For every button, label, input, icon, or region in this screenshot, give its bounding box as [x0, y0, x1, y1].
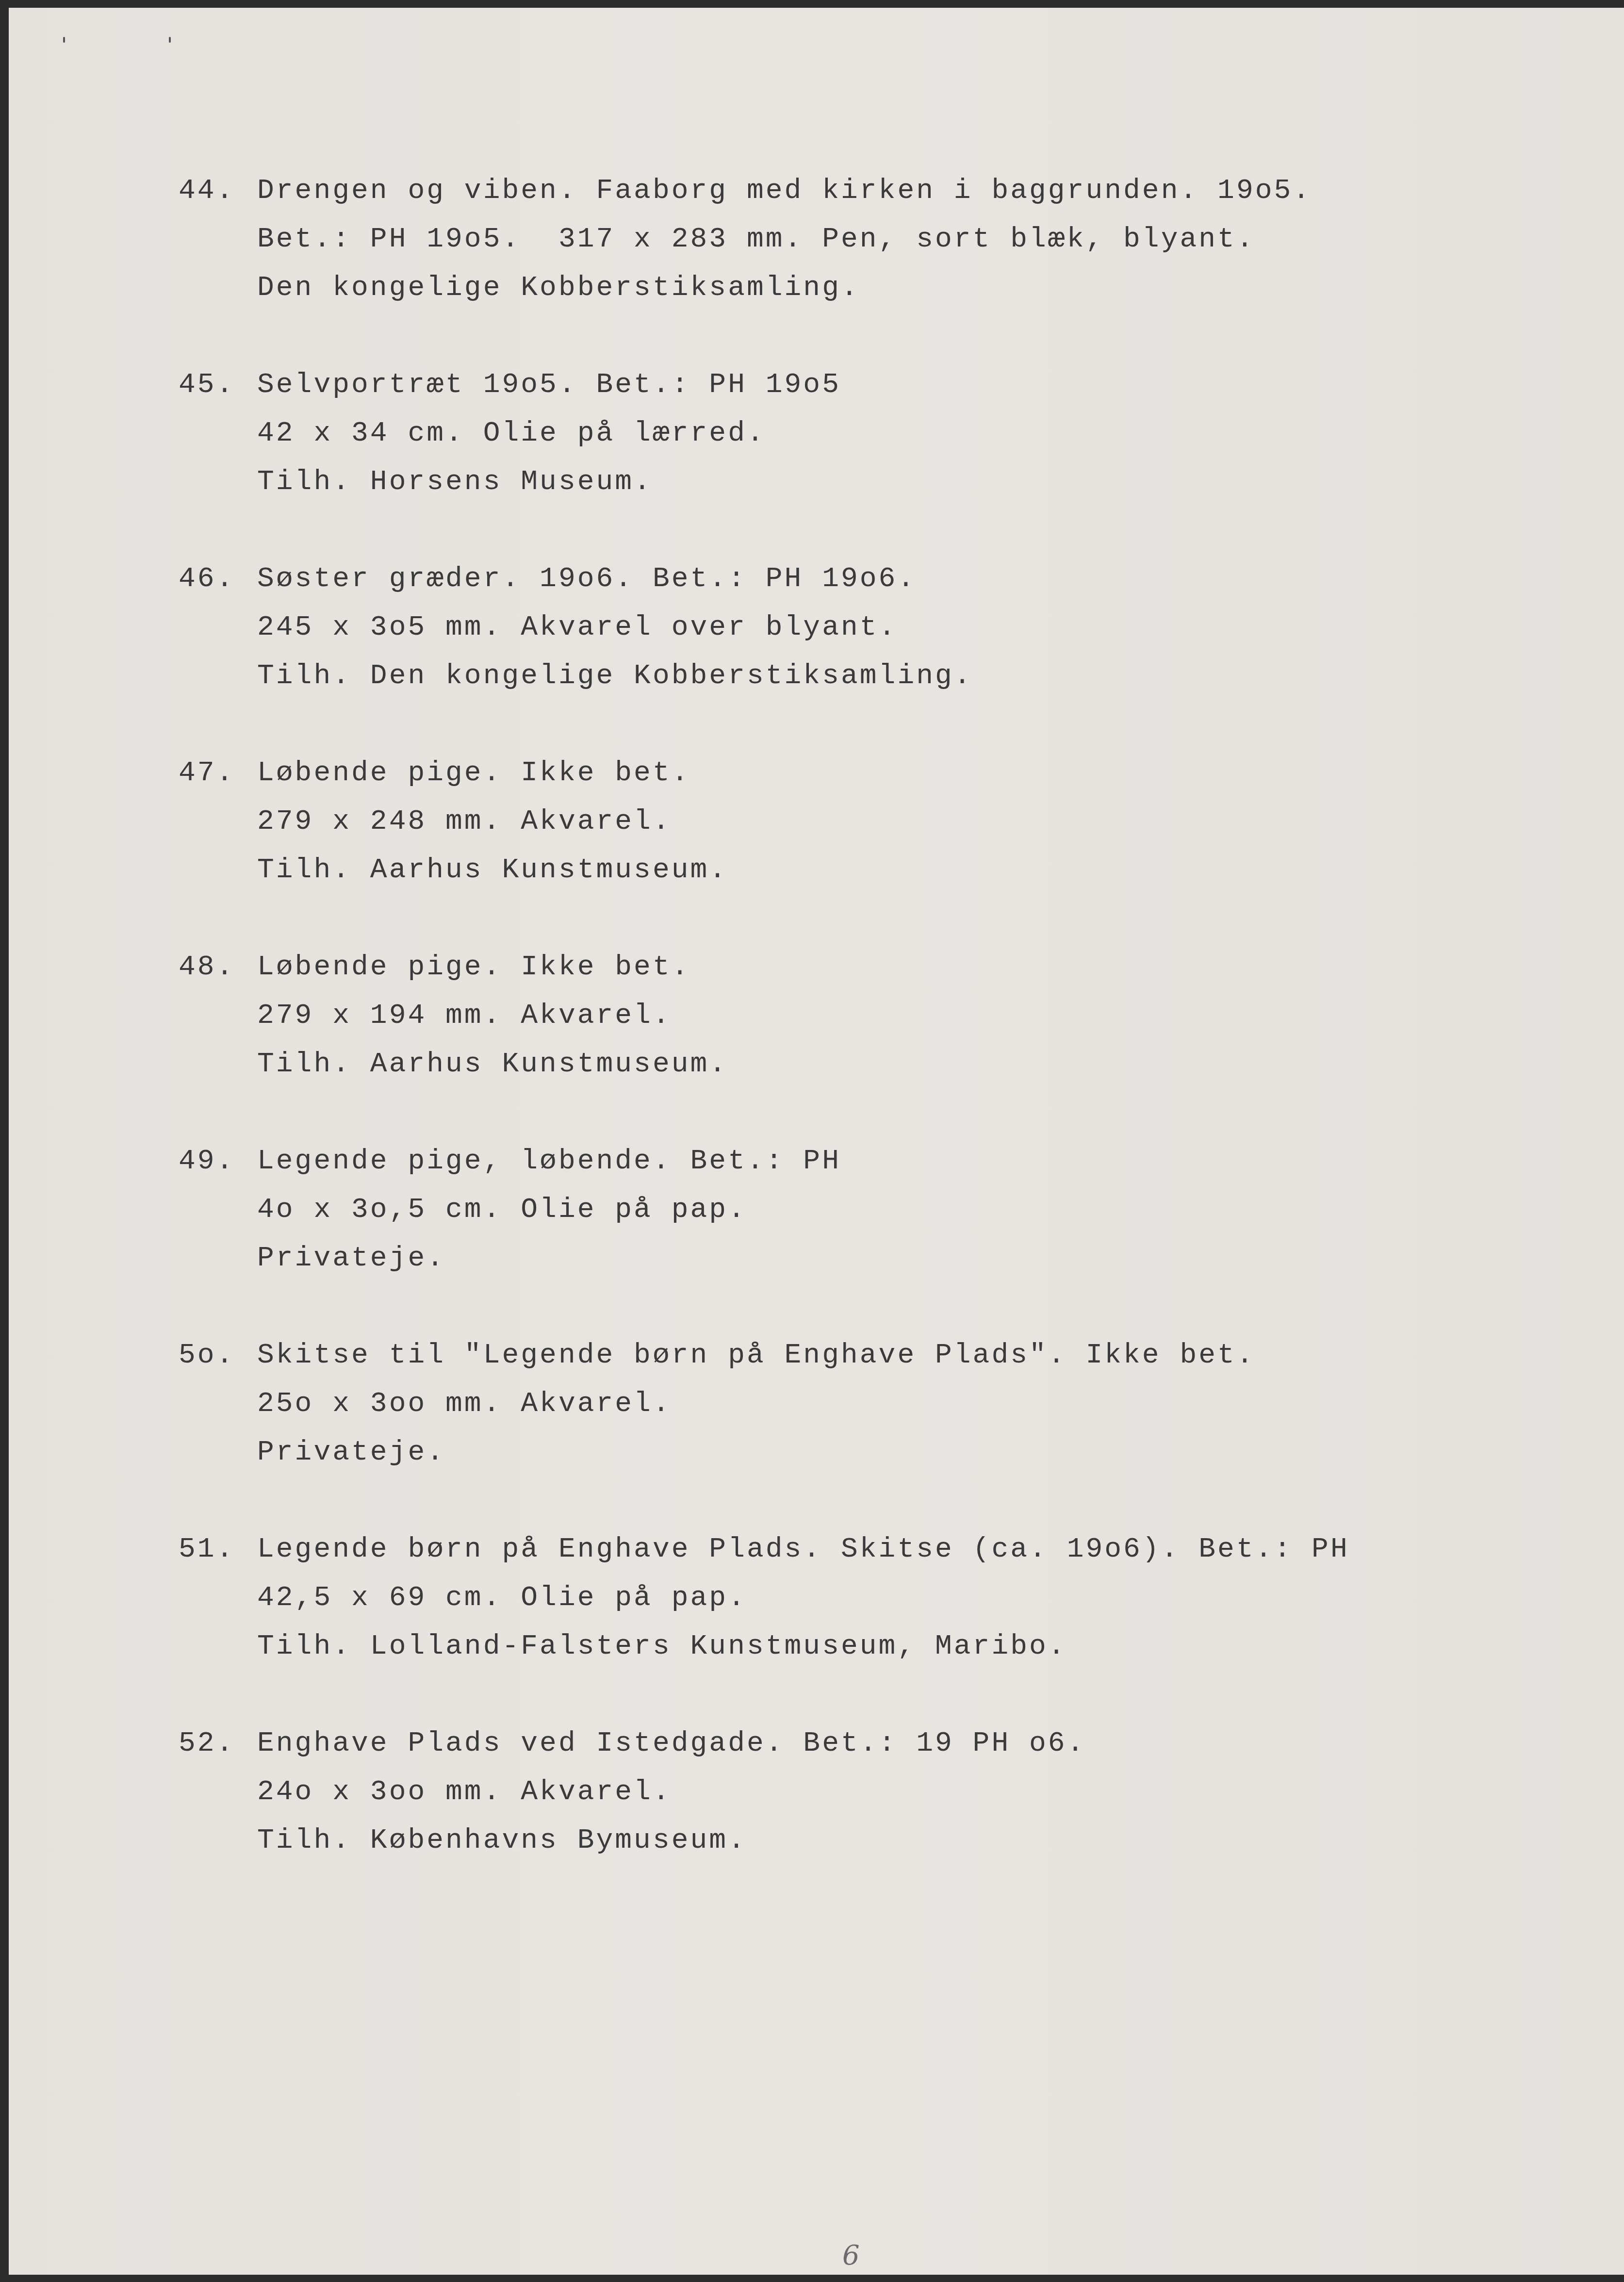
entry-details: 245 x 3o5 mm. Akvarel over blyant. — [179, 604, 973, 652]
entry-owner: Privateje. — [179, 1234, 841, 1283]
entry-details: 25o x 3oo mm. Akvarel. — [179, 1380, 1255, 1428]
entry-title: Drengen og viben. Faaborg med kirken i b… — [257, 175, 1312, 207]
entry-title: Legende pige, løbende. Bet.: PH — [257, 1146, 841, 1177]
document-page: 44.Drengen og viben. Faaborg med kirken … — [9, 8, 1624, 2275]
entry-owner: Privateje. — [179, 1428, 1255, 1477]
entry-owner: Tilh. Københavns Bymuseum. — [179, 1817, 1085, 1865]
entry-owner: Tilh. Aarhus Kunstmuseum. — [179, 1040, 728, 1089]
entry-number: 46. — [179, 555, 257, 604]
catalog-entry-50: 5o.Skitse til "Legende børn på Enghave P… — [179, 1331, 1255, 1477]
entry-title: Løbende pige. Ikke bet. — [257, 757, 690, 789]
entry-owner: Tilh. Horsens Museum. — [179, 458, 841, 507]
entry-details: 4o x 3o,5 cm. Olie på pap. — [179, 1186, 841, 1234]
entry-details: Bet.: PH 19o5. 317 x 283 mm. Pen, sort b… — [179, 215, 1312, 264]
page-number: 6 — [842, 2240, 860, 2271]
catalog-entry-48: 48.Løbende pige. Ikke bet. 279 x 194 mm.… — [179, 943, 728, 1089]
catalog-entry-44: 44.Drengen og viben. Faaborg med kirken … — [179, 167, 1312, 312]
entry-owner: Tilh. Lolland-Falsters Kunstmuseum, Mari… — [179, 1623, 1349, 1671]
entry-number: 51. — [179, 1526, 257, 1574]
entry-title: Løbende pige. Ikke bet. — [257, 952, 690, 983]
catalog-entry-46: 46.Søster græder. 19o6. Bet.: PH 19o6. 2… — [179, 555, 973, 701]
paper-speck — [63, 37, 65, 43]
entry-number: 44. — [179, 167, 257, 215]
entry-details: 42 x 34 cm. Olie på lærred. — [179, 410, 841, 458]
entry-details: 42,5 x 69 cm. Olie på pap. — [179, 1574, 1349, 1623]
entry-title: Skitse til "Legende børn på Enghave Plad… — [257, 1340, 1255, 1371]
entry-details: 279 x 194 mm. Akvarel. — [179, 992, 728, 1040]
entry-title: Søster græder. 19o6. Bet.: PH 19o6. — [257, 563, 916, 595]
entry-title: Selvportræt 19o5. Bet.: PH 19o5 — [257, 369, 841, 401]
entry-details: 24o x 3oo mm. Akvarel. — [179, 1768, 1085, 1817]
entry-owner: Den kongelige Kobberstiksamling. — [179, 264, 1312, 312]
entry-number: 47. — [179, 749, 257, 798]
entry-owner: Tilh. Aarhus Kunstmuseum. — [179, 846, 728, 895]
entry-number: 52. — [179, 1720, 257, 1768]
entry-details: 279 x 248 mm. Akvarel. — [179, 798, 728, 846]
catalog-entry-45: 45.Selvportræt 19o5. Bet.: PH 19o5 42 x … — [179, 361, 841, 507]
catalog-entry-49: 49.Legende pige, løbende. Bet.: PH 4o x … — [179, 1137, 841, 1283]
entry-title: Enghave Plads ved Istedgade. Bet.: 19 PH… — [257, 1728, 1085, 1759]
entry-number: 5o. — [179, 1331, 257, 1380]
entry-title: Legende børn på Enghave Plads. Skitse (c… — [257, 1534, 1349, 1565]
paper-speck — [169, 37, 171, 43]
entry-number: 49. — [179, 1137, 257, 1186]
catalog-entry-47: 47.Løbende pige. Ikke bet. 279 x 248 mm.… — [179, 749, 728, 895]
entry-number: 48. — [179, 943, 257, 992]
entry-number: 45. — [179, 361, 257, 410]
catalog-entry-52: 52.Enghave Plads ved Istedgade. Bet.: 19… — [179, 1720, 1085, 1865]
catalog-entry-51: 51.Legende børn på Enghave Plads. Skitse… — [179, 1526, 1349, 1671]
entry-owner: Tilh. Den kongelige Kobberstiksamling. — [179, 652, 973, 701]
